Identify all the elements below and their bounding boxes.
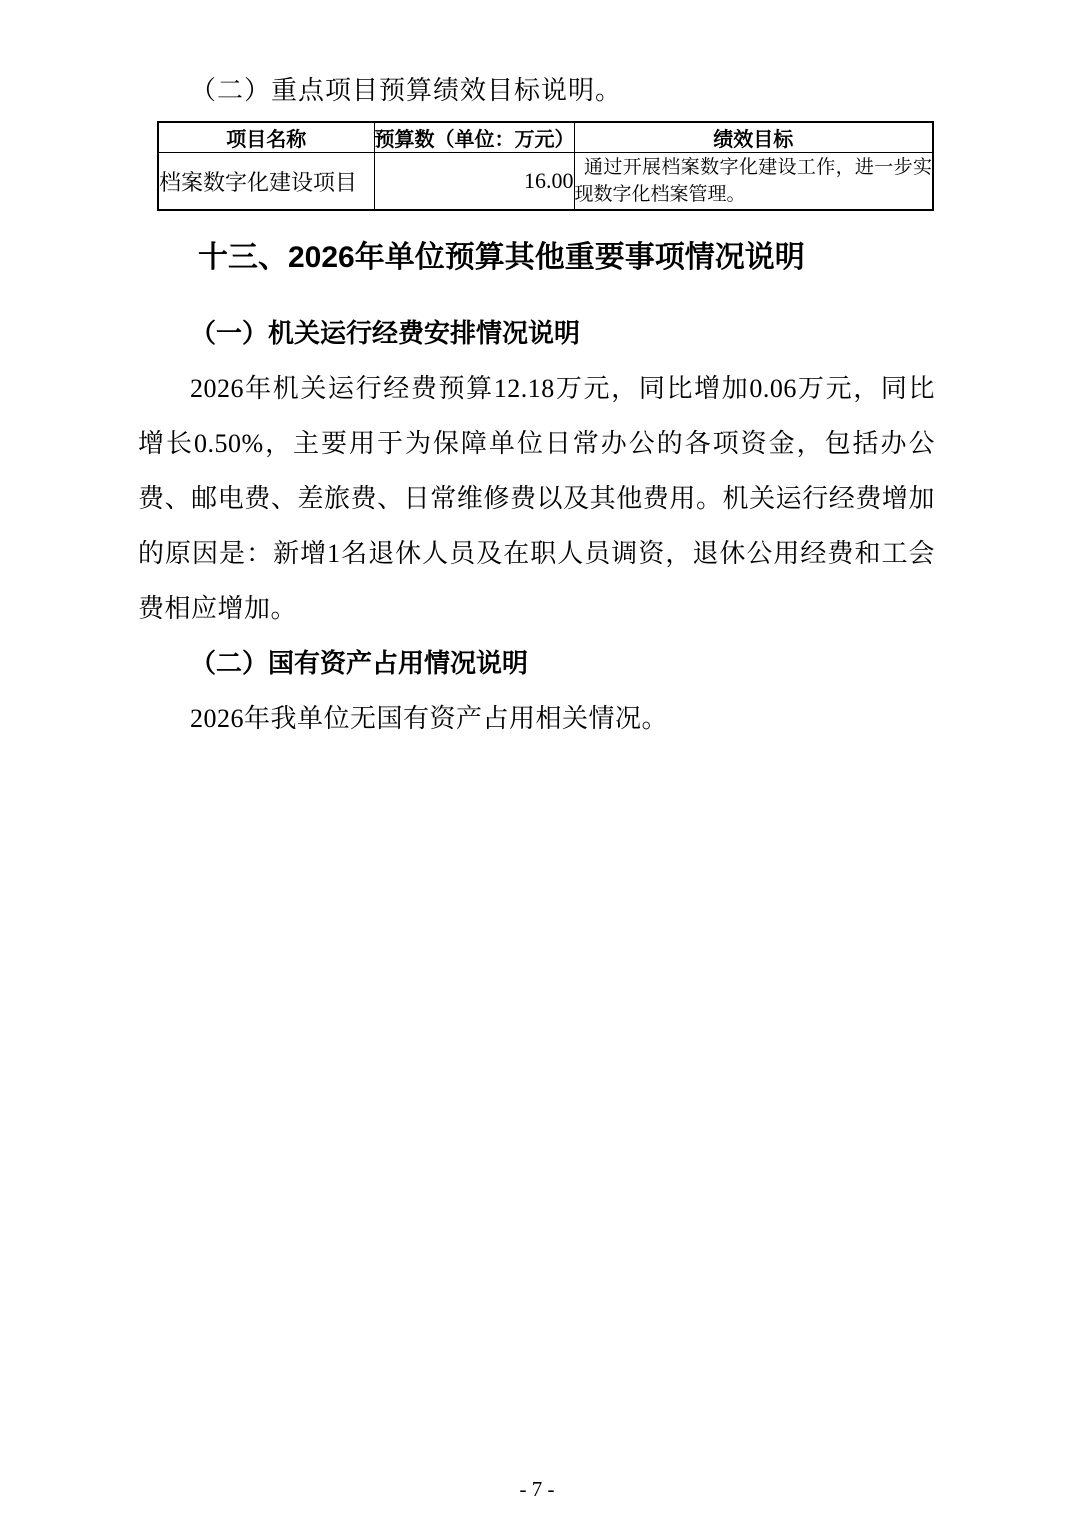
col-header-project-name: 项目名称 [158, 122, 374, 153]
subsection-2-paragraph: 2026年我单位无国有资产占用相关情况。 [138, 691, 935, 746]
table-row: 档案数字化建设项目 16.00 通过开展档案数字化建设工作，进一步实现数字化档案… [158, 153, 933, 211]
cell-budget-amount: 16.00 [374, 153, 574, 211]
subsection-1-paragraph: 2026年机关运行经费预算12.18万元，同比增加0.06万元，同比增长0.50… [138, 361, 935, 636]
section-13-heading: 十三、2026年单位预算其他重要事项情况说明 [138, 241, 935, 275]
key-project-performance-heading: （二）重点项目预算绩效目标说明。 [138, 75, 935, 106]
subsection-1-heading: （一）机关运行经费安排情况说明 [138, 318, 935, 348]
cell-project-name: 档案数字化建设项目 [158, 153, 374, 211]
subsection-2-heading: （二）国有资产占用情况说明 [138, 648, 935, 678]
document-page: （二）重点项目预算绩效目标说明。 项目名称 预算数（单位：万元） 绩效目标 档案… [0, 0, 1074, 1520]
cell-performance-goal: 通过开展档案数字化建设工作，进一步实现数字化档案管理。 [574, 153, 933, 211]
col-header-performance-goal: 绩效目标 [574, 122, 933, 153]
col-header-budget: 预算数（单位：万元） [374, 122, 574, 153]
key-project-performance-table: 项目名称 预算数（单位：万元） 绩效目标 档案数字化建设项目 16.00 通过开… [157, 121, 934, 211]
table-header-row: 项目名称 预算数（单位：万元） 绩效目标 [158, 122, 933, 153]
page-number: - 7 - [0, 1477, 1074, 1502]
